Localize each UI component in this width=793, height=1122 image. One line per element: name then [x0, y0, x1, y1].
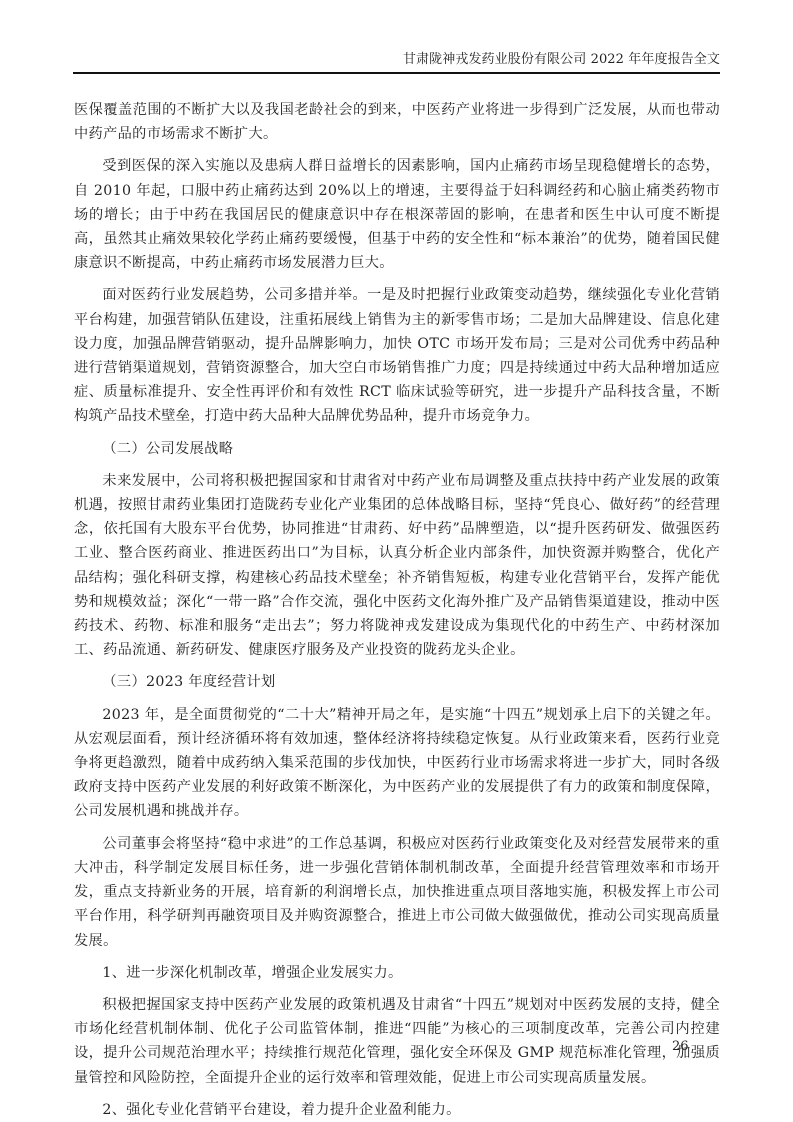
paragraph-development-strategy: 未来发展中，公司将积极把握国家和甘肃省对中药产业布局调整及重点扶持中药产业发展的… [74, 469, 720, 663]
list-item-marketing-platform: 2、强化专业化营销平台建设，着力提升企业盈利能力。 [74, 1098, 720, 1122]
section-heading-development-strategy: （二）公司发展战略 [74, 437, 720, 461]
list-item-mechanism-reform: 1、进一步深化机制改革，增强企业发展实力。 [74, 961, 720, 985]
paragraph-2023-outlook: 2023 年，是全面贯彻党的“二十大”精神开局之年，是实施“十四五”规划承上启下… [74, 703, 720, 824]
paragraph-market-demand: 医保覆盖范围的不断扩大以及我国老龄社会的到来，中医药产业将进一步得到广泛发展，从… [74, 98, 720, 146]
document-body: 医保覆盖范围的不断扩大以及我国老龄社会的到来，中医药产业将进一步得到广泛发展，从… [74, 98, 720, 1122]
paragraph-painkiller-market: 受到医保的深入实施以及患病人群日益增长的因素影响，国内止痛药市场呈现稳健增长的态… [74, 154, 720, 275]
paragraph-mechanism-reform: 积极把握国家支持中医药产业发展的政策机遇及甘肃省“十四五”规划对中医药发展的支持… [74, 993, 720, 1090]
header-divider [73, 72, 720, 74]
paragraph-company-measures: 面对医药行业发展趋势，公司多措并举。一是及时把握行业政策变动趋势，继续强化专业化… [74, 283, 720, 428]
page-number: 26 [672, 1039, 689, 1055]
report-header-title: 甘肃陇神戎发药业股份有限公司 2022 年年度报告全文 [403, 51, 720, 69]
paragraph-board-policy: 公司董事会将坚持“稳中求进”的工作总基调，积极应对医药行业政策变化及对经营发展带… [74, 832, 720, 953]
section-heading-2023-plan: （三）2023 年度经营计划 [74, 670, 720, 694]
